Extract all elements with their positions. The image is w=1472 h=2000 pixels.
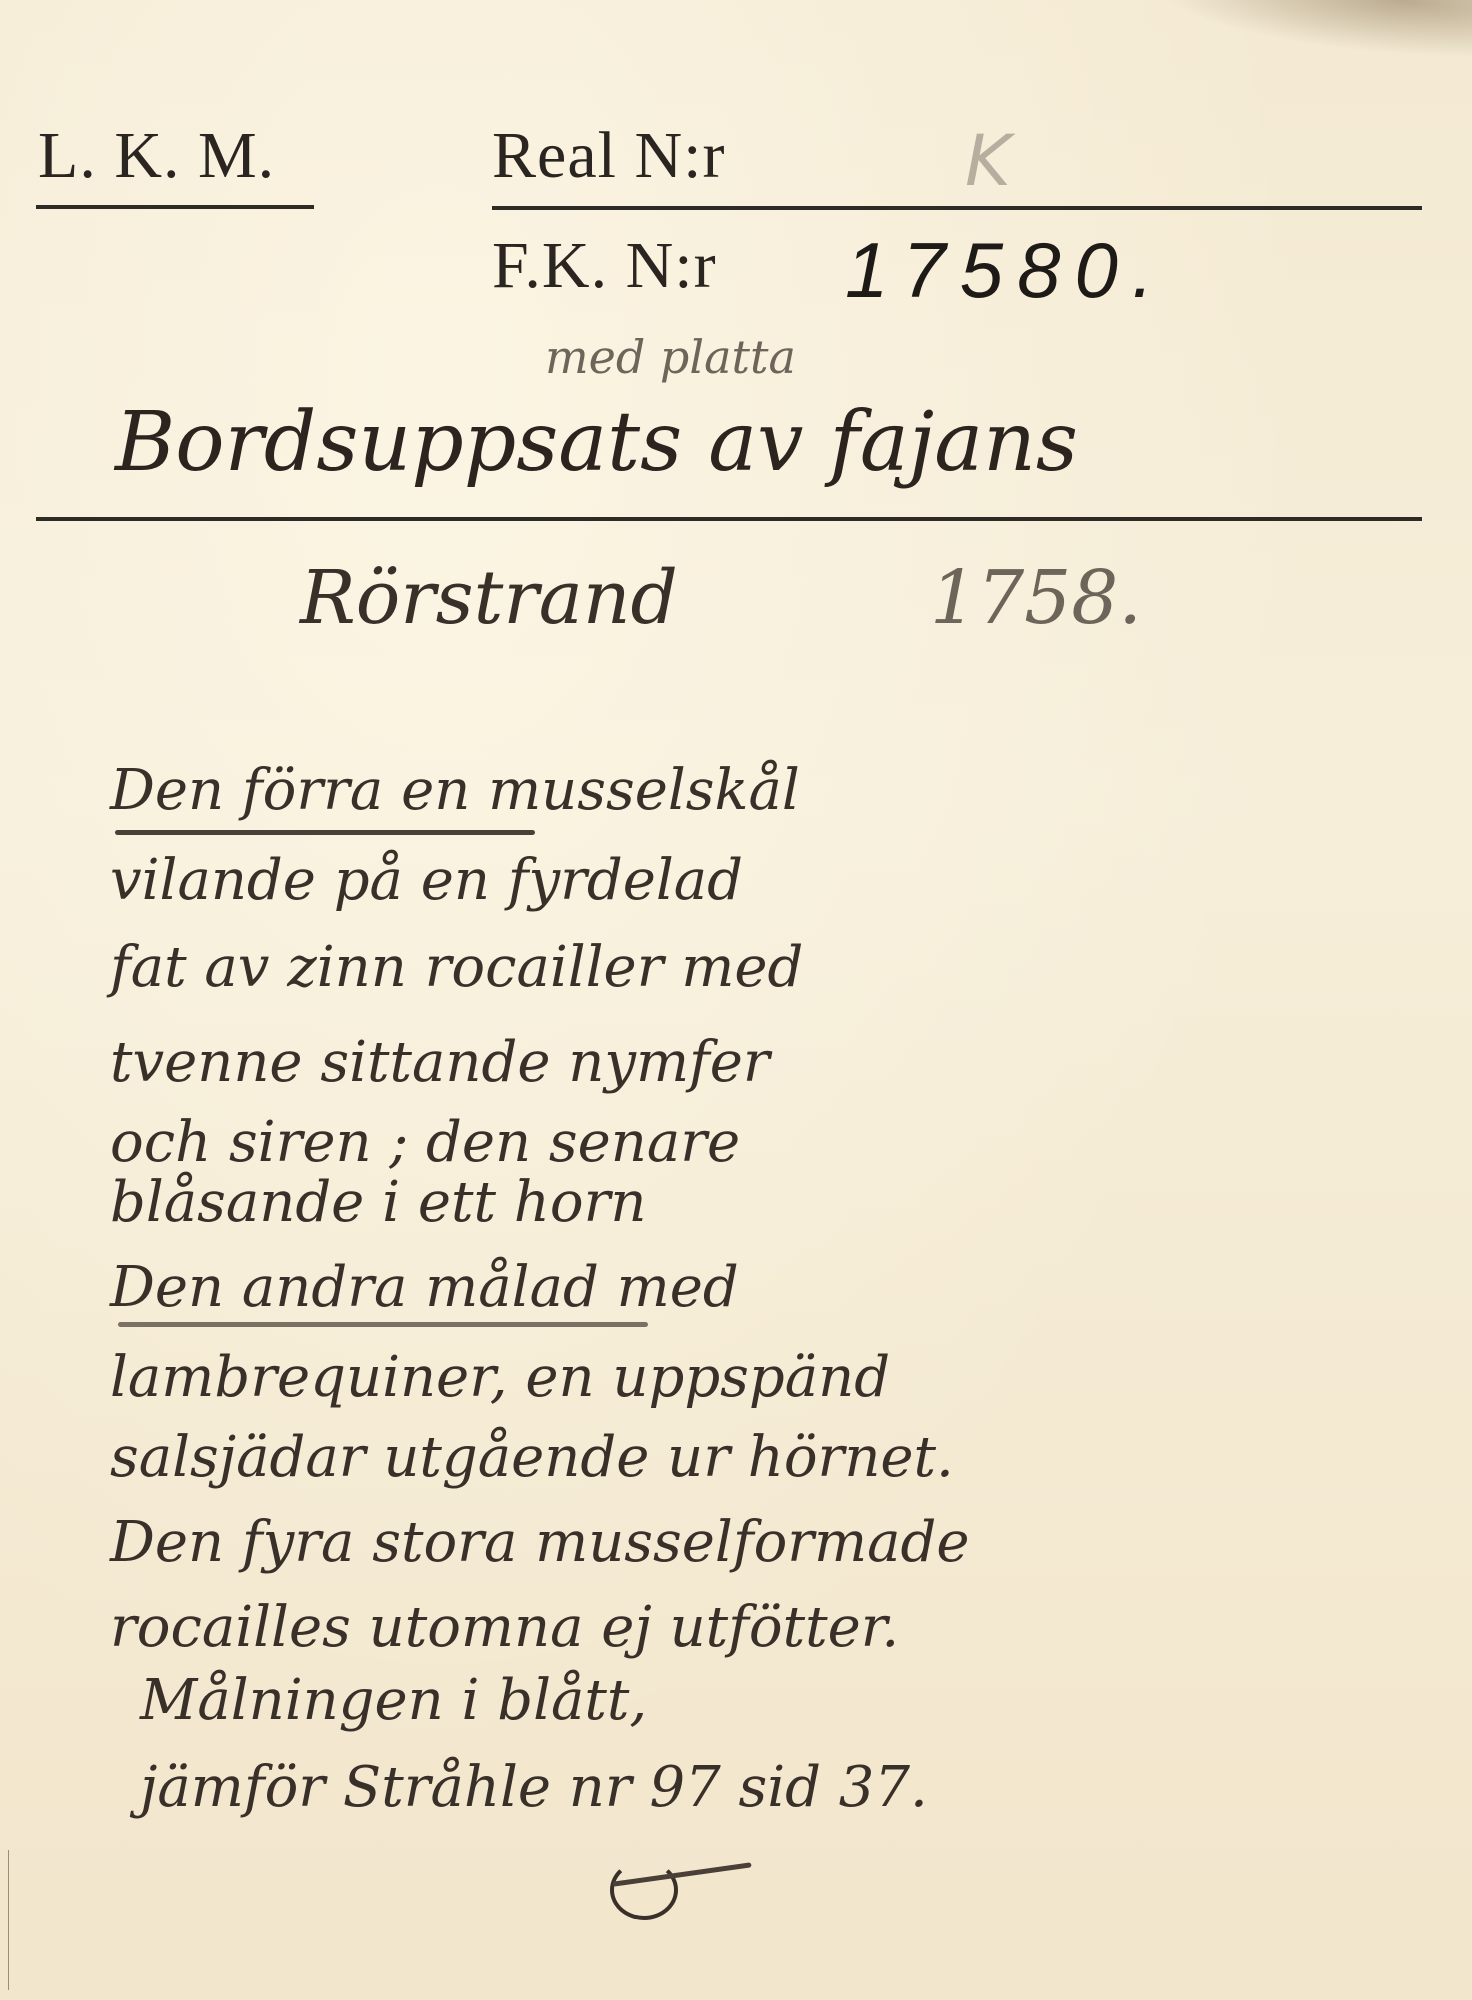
real-nr-value: K <box>965 120 1011 202</box>
title-rule <box>36 517 1422 521</box>
description-line: salsjädar utgående ur hörnet. <box>110 1425 954 1490</box>
description-line: blåsande i ett horn <box>110 1170 646 1235</box>
fk-nr-label: F.K. N:r <box>492 228 717 304</box>
fk-nr-value: 17580. <box>845 225 1168 316</box>
real-nr-rule <box>492 206 1422 210</box>
description-line: tvenne sittande nymfer <box>110 1030 770 1095</box>
description-line: Den fyra stora musselformade <box>110 1510 970 1575</box>
manufacture-year: 1758. <box>930 555 1142 641</box>
description-line: jämför Stråhle nr 97 sid 37. <box>140 1755 928 1820</box>
underline-den-forra <box>115 830 535 835</box>
corner-stain <box>1149 0 1472 62</box>
closing-flourish <box>610 1860 678 1920</box>
description-line: Målningen i blått, <box>140 1668 647 1733</box>
title-insertion: med platta <box>545 330 796 384</box>
catalogue-card: L. K. M. Real N:r K F.K. N:r 17580. med … <box>0 0 1472 2000</box>
description-line: rocailles utomna ej utfötter. <box>110 1595 899 1660</box>
manufacturer-place: Rörstrand <box>300 555 678 641</box>
description-line: Den förra en musselskål <box>110 758 800 823</box>
real-nr-label: Real N:r <box>492 118 725 194</box>
institution-label: L. K. M. <box>38 118 275 194</box>
description-line: och siren ; den senare <box>110 1110 740 1175</box>
description-line: vilande på en fyrdelad <box>110 848 743 913</box>
paper-edge <box>8 1850 9 1990</box>
description-line: fat av zinn rocailler med <box>110 935 803 1000</box>
object-title: Bordsuppsats av fajans <box>115 395 1078 490</box>
institution-rule <box>36 205 314 209</box>
description-line: lambrequiner, en uppspänd <box>110 1345 890 1410</box>
description-line: Den andra målad med <box>110 1255 739 1320</box>
underline-den-andra <box>118 1322 648 1327</box>
